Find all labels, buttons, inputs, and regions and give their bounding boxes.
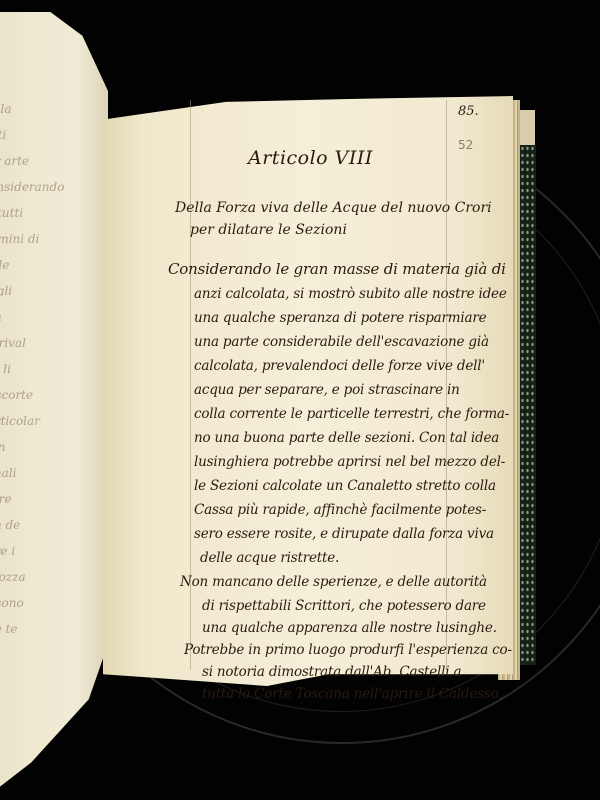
article-title: Articolo VIII xyxy=(248,147,373,169)
folio-number: 85. xyxy=(458,104,479,119)
body-line: una qualche apparenza alle nostre lusing… xyxy=(202,620,497,636)
left-line: Per arte xyxy=(0,154,90,166)
left-line: Ma li xyxy=(0,362,90,374)
left-line: con xyxy=(0,310,90,322)
body-line: Considerando le gran masse di materia gi… xyxy=(168,260,506,278)
body-line: Non mancano delle sperienze, e delle aut… xyxy=(180,574,487,590)
photograph-background: Della Noti Per arte Considerando se tutt… xyxy=(0,0,600,800)
body-line: no una buona parte delle sezioni. Con ta… xyxy=(194,430,499,446)
left-page: Della Noti Per arte Considerando se tutt… xyxy=(0,12,108,800)
body-line: calcolata, prevalendoci delle forze vive… xyxy=(194,358,485,374)
body-line: lusinghiera potrebbe aprirsi nel bel mez… xyxy=(194,454,505,470)
body-line: sero essere rosite, e dirupate dalla for… xyxy=(194,526,494,542)
left-line: Valle xyxy=(0,258,90,270)
left-line: do re xyxy=(0,492,90,504)
body-line: le Sezioni calcolate un Canaletto strett… xyxy=(194,478,496,494)
body-line: colla corrente le particelle terrestri, … xyxy=(194,406,509,422)
left-line: di sono xyxy=(0,596,90,608)
body-line: acqua per separare, e poi strascinare in xyxy=(194,382,460,398)
left-line: de rival xyxy=(0,336,90,348)
left-line: particolar xyxy=(0,414,90,426)
body-line: una qualche speranza di potere risparmia… xyxy=(194,310,486,326)
body-line: Cassa più rapide, affinchè facilmente po… xyxy=(194,502,486,518)
subtitle-line: per dilatare le Sezioni xyxy=(190,222,347,238)
subtitle-line: Della Forza viva delle Acque del nuovo C… xyxy=(175,200,492,216)
left-line: Non xyxy=(0,440,90,452)
left-line: se tutti xyxy=(0,206,90,218)
left-page-text: Della Noti Per arte Considerando se tutt… xyxy=(0,102,90,648)
left-line: e pozza xyxy=(0,570,90,582)
body-line: di rispettabili Scrittori, che potessero… xyxy=(202,598,486,614)
left-line: con de xyxy=(0,518,90,530)
body-line: si notoria dimostrata dall'Ab. Castelli … xyxy=(202,664,461,680)
left-line: Dagli xyxy=(0,284,90,296)
left-line: Fare i xyxy=(0,544,90,556)
left-line: di scorte xyxy=(0,388,90,400)
body-line: delle acque ristrette. xyxy=(200,550,339,566)
left-line: Uomini di xyxy=(0,232,90,244)
body-line: anzi calcolata, si mostrò subito alle no… xyxy=(194,286,507,302)
left-line: Pae te xyxy=(0,622,90,634)
book-cover-marbled xyxy=(520,145,536,665)
left-line: Della xyxy=(0,102,90,114)
body-line: Potrebbe in primo luogo produrfi l'esper… xyxy=(184,642,512,658)
body-line: tutta la Corte Toscana nell'aprire il Ca… xyxy=(202,686,503,702)
left-line: Noti xyxy=(0,128,90,140)
left-line: canali xyxy=(0,466,90,478)
secondary-page-number: 52 xyxy=(458,138,473,152)
left-line: Considerando xyxy=(0,180,90,192)
body-line: una parte considerabile dell'escavazione… xyxy=(194,334,489,350)
